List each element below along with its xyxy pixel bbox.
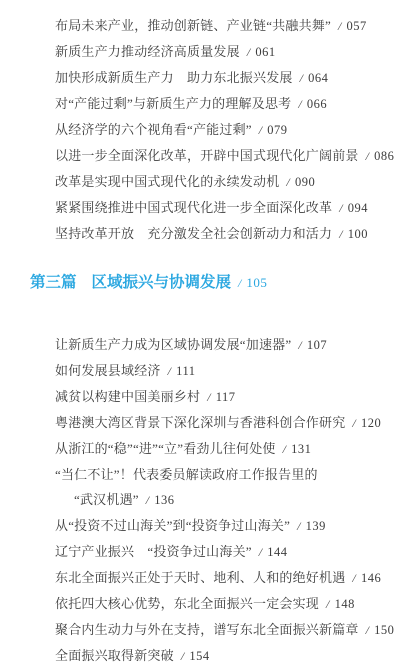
toc-entry-line: 紧紧围绕推进中国式现代化进一步全面深化改革/094 bbox=[55, 195, 395, 221]
separator-slash: / bbox=[207, 390, 211, 404]
toc-entry: 对“产能过剩”与新质生产力的理解及思考/066 bbox=[55, 91, 395, 117]
toc-entry-page-number: 144 bbox=[267, 545, 287, 559]
toc-entry-page-number: 150 bbox=[374, 623, 394, 637]
toc-entry: 依托四大核心优势，东北全面振兴一定会实现/148 bbox=[55, 591, 395, 617]
part-header: 第三篇区域振兴与协调发展/105 bbox=[30, 270, 395, 296]
book-toc-page: 布局未来产业，推动创新链、产业链“共融共舞”/057新质生产力推动经济高质量发展… bbox=[0, 0, 409, 667]
toc-entry: 从浙江的“稳”“进”“立”看劲儿往何处使/131 bbox=[55, 436, 395, 462]
part-number-label: 第三篇 bbox=[30, 274, 77, 291]
toc-entry-line: 改革是实现中国式现代化的永续发动机/090 bbox=[55, 169, 395, 195]
separator-slash: / bbox=[259, 123, 263, 137]
toc-entry: 紧紧围绕推进中国式现代化进一步全面深化改革/094 bbox=[55, 195, 395, 221]
toc-entry-page-number: 090 bbox=[295, 175, 315, 189]
toc-entry: 布局未来产业，推动创新链、产业链“共融共舞”/057 bbox=[55, 13, 395, 39]
toc-entry-title: “武汉机遇” bbox=[74, 492, 139, 507]
toc-entry-title: 从经济学的六个视角看“产能过剩” bbox=[55, 122, 252, 137]
toc-entry-line: 从浙江的“稳”“进”“立”看劲儿往何处使/131 bbox=[55, 436, 395, 462]
separator-slash: / bbox=[366, 149, 370, 163]
toc-entry: 从经济学的六个视角看“产能过剩”/079 bbox=[55, 117, 395, 143]
toc-entry-line: 全面振兴取得新突破/154 bbox=[55, 643, 395, 667]
toc-entry-line: 减贫以构建中国美丽乡村/117 bbox=[55, 384, 395, 410]
separator-slash: / bbox=[352, 416, 356, 430]
toc-entry-page-number: 057 bbox=[347, 19, 367, 33]
toc-entry: 从“投资不过山海关”到“投资争过山海关”/139 bbox=[55, 513, 395, 539]
separator-slash: / bbox=[339, 201, 343, 215]
toc-entry: 粤港澳大湾区背景下深化深圳与香港科创合作研究/120 bbox=[55, 410, 395, 436]
toc-entry-line: 辽宁产业振兴 “投资争过山海关”/144 bbox=[55, 539, 395, 565]
toc-entry-page-number: 117 bbox=[216, 390, 236, 404]
toc-entry-title: 加快形成新质生产力 助力东北振兴发展 bbox=[55, 70, 293, 85]
toc-entry: 坚持改革开放 充分激发全社会创新动力和活力/100 bbox=[55, 221, 395, 247]
toc-entry-line: “武汉机遇”/136 bbox=[55, 487, 395, 513]
toc-entry-title: 如何发展县域经济 bbox=[55, 363, 161, 378]
toc-entry-line: 布局未来产业，推动创新链、产业链“共融共舞”/057 bbox=[55, 13, 395, 39]
toc-entry-title: 东北全面振兴正处于天时、地利、人和的绝好机遇 bbox=[55, 570, 345, 585]
separator-slash: / bbox=[297, 519, 301, 533]
toc-entry-page-number: 120 bbox=[361, 416, 381, 430]
toc-entry-line: 以进一步全面深化改革，开辟中国式现代化广阔前景/086 bbox=[55, 143, 395, 169]
separator-slash: / bbox=[168, 364, 172, 378]
toc-entry-line: 加快形成新质生产力 助力东北振兴发展/064 bbox=[55, 65, 395, 91]
toc-entry-title: 新质生产力推动经济高质量发展 bbox=[55, 44, 240, 59]
toc-entry-page-number: 111 bbox=[176, 364, 195, 378]
separator-slash: / bbox=[366, 623, 370, 637]
toc-entry-page-number: 136 bbox=[154, 493, 174, 507]
toc-entry: 聚合内生动力与外在支持，谱写东北全面振兴新篇章/150 bbox=[55, 617, 395, 643]
separator-slash: / bbox=[181, 649, 185, 663]
toc-entry-title: 全面振兴取得新突破 bbox=[55, 648, 174, 663]
separator-slash: / bbox=[300, 71, 304, 85]
toc-entry-title: 减贫以构建中国美丽乡村 bbox=[55, 389, 200, 404]
separator-slash: / bbox=[247, 45, 251, 59]
separator-slash: / bbox=[298, 338, 302, 352]
toc-entry: 改革是实现中国式现代化的永续发动机/090 bbox=[55, 169, 395, 195]
separator-slash: / bbox=[259, 545, 263, 559]
toc-entry-title: 让新质生产力成为区域协调发展“加速器” bbox=[55, 337, 291, 352]
toc-entry-line: 粤港澳大湾区背景下深化深圳与香港科创合作研究/120 bbox=[55, 410, 395, 436]
toc-entry: 辽宁产业振兴 “投资争过山海关”/144 bbox=[55, 539, 395, 565]
part-title: 区域振兴与协调发展 bbox=[92, 274, 232, 291]
toc-entry-title: “当仁不让”！代表委员解读政府工作报告里的 bbox=[55, 467, 318, 482]
toc-entry-page-number: 139 bbox=[306, 519, 326, 533]
separator-slash: / bbox=[238, 276, 241, 290]
toc-entry-page-number: 066 bbox=[307, 97, 327, 111]
part-page-number: 105 bbox=[246, 275, 267, 290]
toc-entry-page-number: 146 bbox=[361, 571, 381, 585]
toc-entry: 东北全面振兴正处于天时、地利、人和的绝好机遇/146 bbox=[55, 565, 395, 591]
toc-entry-page-number: 086 bbox=[374, 149, 394, 163]
toc-body: 布局未来产业，推动创新链、产业链“共融共舞”/057新质生产力推动经济高质量发展… bbox=[0, 0, 409, 667]
separator-slash: / bbox=[338, 19, 342, 33]
separator-slash: / bbox=[326, 597, 330, 611]
separator-slash: / bbox=[298, 97, 302, 111]
toc-entry-title: 依托四大核心优势，东北全面振兴一定会实现 bbox=[55, 596, 319, 611]
toc-entry-line: 坚持改革开放 充分激发全社会创新动力和活力/100 bbox=[55, 221, 395, 247]
separator-slash: / bbox=[339, 227, 343, 241]
toc-entry-page-number: 079 bbox=[267, 123, 287, 137]
toc-entry-title: 布局未来产业，推动创新链、产业链“共融共舞” bbox=[55, 18, 331, 33]
toc-entry-page-number: 100 bbox=[348, 227, 368, 241]
toc-entry: 减贫以构建中国美丽乡村/117 bbox=[55, 384, 395, 410]
toc-entry-page-number: 094 bbox=[348, 201, 368, 215]
toc-entry-title: 粤港澳大湾区背景下深化深圳与香港科创合作研究 bbox=[55, 415, 345, 430]
toc-entry-page-number: 107 bbox=[307, 338, 327, 352]
toc-entry-page-number: 061 bbox=[255, 45, 275, 59]
toc-entry-title: 从浙江的“稳”“进”“立”看劲儿往何处使 bbox=[55, 441, 276, 456]
toc-entry-title: 聚合内生动力与外在支持，谱写东北全面振兴新篇章 bbox=[55, 622, 359, 637]
toc-entry-line: 从经济学的六个视角看“产能过剩”/079 bbox=[55, 117, 395, 143]
toc-entry: 以进一步全面深化改革，开辟中国式现代化广阔前景/086 bbox=[55, 143, 395, 169]
toc-entry-title: 从“投资不过山海关”到“投资争过山海关” bbox=[55, 518, 290, 533]
toc-entry-title: 对“产能过剩”与新质生产力的理解及思考 bbox=[55, 96, 291, 111]
toc-entry-page-number: 154 bbox=[189, 649, 209, 663]
toc-entry-title: 辽宁产业振兴 “投资争过山海关” bbox=[55, 544, 252, 559]
toc-entry-title: 改革是实现中国式现代化的永续发动机 bbox=[55, 174, 279, 189]
toc-entry: “当仁不让”！代表委员解读政府工作报告里的“武汉机遇”/136 bbox=[55, 462, 395, 513]
toc-entry-page-number: 148 bbox=[335, 597, 355, 611]
toc-entry-line: “当仁不让”！代表委员解读政府工作报告里的 bbox=[55, 462, 395, 487]
toc-entry: 让新质生产力成为区域协调发展“加速器”/107 bbox=[55, 332, 395, 358]
separator-slash: / bbox=[283, 442, 287, 456]
toc-entry-line: 新质生产力推动经济高质量发展/061 bbox=[55, 39, 395, 65]
toc-entry-line: 如何发展县域经济/111 bbox=[55, 358, 395, 384]
toc-entry: 如何发展县域经济/111 bbox=[55, 358, 395, 384]
toc-entry-title: 坚持改革开放 充分激发全社会创新动力和活力 bbox=[55, 226, 332, 241]
toc-entry-line: 东北全面振兴正处于天时、地利、人和的绝好机遇/146 bbox=[55, 565, 395, 591]
toc-entry-line: 让新质生产力成为区域协调发展“加速器”/107 bbox=[55, 332, 395, 358]
separator-slash: / bbox=[352, 571, 356, 585]
toc-entry-page-number: 064 bbox=[308, 71, 328, 85]
toc-entry: 加快形成新质生产力 助力东北振兴发展/064 bbox=[55, 65, 395, 91]
toc-entry-title: 紧紧围绕推进中国式现代化进一步全面深化改革 bbox=[55, 200, 332, 215]
toc-entry-line: 从“投资不过山海关”到“投资争过山海关”/139 bbox=[55, 513, 395, 539]
toc-entry-title: 以进一步全面深化改革，开辟中国式现代化广阔前景 bbox=[55, 148, 359, 163]
separator-slash: / bbox=[286, 175, 290, 189]
toc-entry-line: 对“产能过剩”与新质生产力的理解及思考/066 bbox=[55, 91, 395, 117]
toc-entry: 新质生产力推动经济高质量发展/061 bbox=[55, 39, 395, 65]
toc-entry-line: 聚合内生动力与外在支持，谱写东北全面振兴新篇章/150 bbox=[55, 617, 395, 643]
toc-entry-page-number: 131 bbox=[291, 442, 311, 456]
toc-entry-line: 依托四大核心优势，东北全面振兴一定会实现/148 bbox=[55, 591, 395, 617]
separator-slash: / bbox=[146, 493, 150, 507]
toc-entry: 全面振兴取得新突破/154 bbox=[55, 643, 395, 667]
